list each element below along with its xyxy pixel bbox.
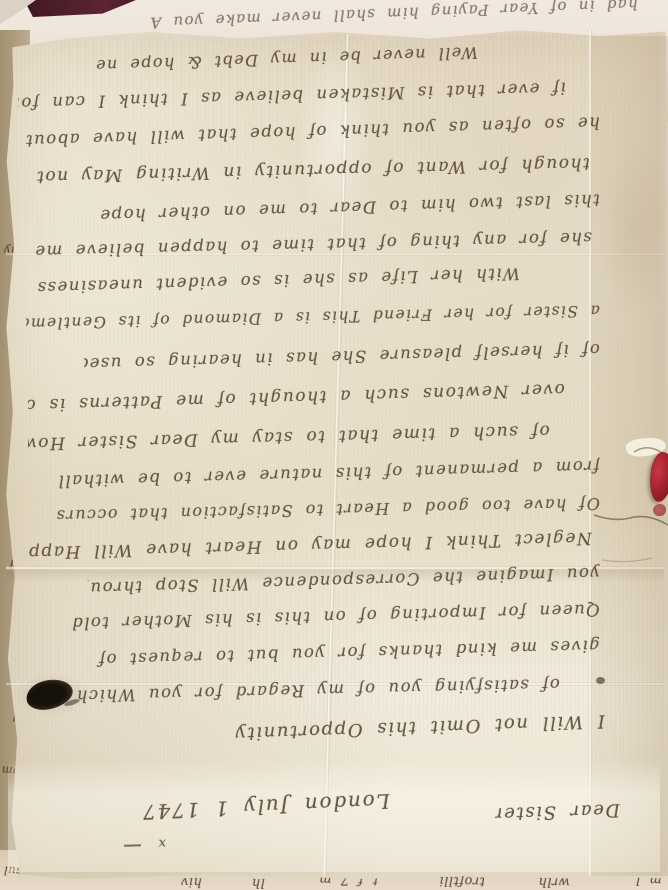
- crease-ink-spot: [596, 677, 605, 684]
- salutation-handwriting: Dear Sister: [495, 798, 621, 826]
- letter-photo: had in of Year Paying him shall never ma…: [0, 0, 668, 890]
- wax-seal-drip: [653, 504, 666, 516]
- paper-stain: [596, 140, 668, 320]
- postscript-mark: x: [148, 834, 167, 852]
